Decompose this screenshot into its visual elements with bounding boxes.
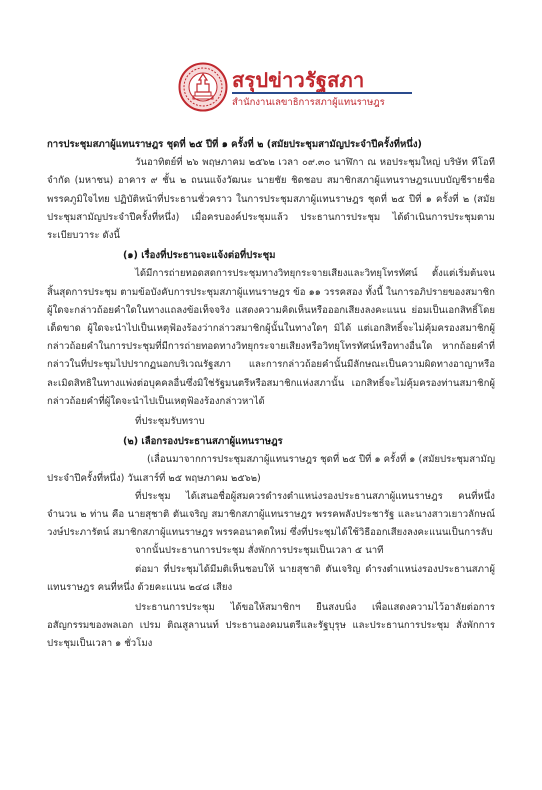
page-header: สรุปข่าวรัฐสภา สำนักงานเลขาธิการสภาผู้แท… xyxy=(178,62,418,112)
section-2-note: (เลื่อนมาจากการประชุมสภาผู้แทนราษฎร ชุดท… xyxy=(47,451,495,487)
intro-paragraph: วันอาทิตย์ที่ ๒๖ พฤษภาคม ๒๕๖๒ เวลา ๐๙.๓๐… xyxy=(47,154,495,245)
section-2-paragraph: จากนั้นประธานการประชุม สั่งพักการประชุมเ… xyxy=(47,542,495,560)
section-2-paragraph: ต่อมา ที่ประชุมได้มีมติเห็นชอบให้ นายสุช… xyxy=(47,561,495,597)
section-1-body: ได้มีการถ่ายทอดสดการประชุมทางวิทยุกระจาย… xyxy=(47,265,495,411)
section-1-resolution: ที่ประชุมรับทราบ xyxy=(47,413,495,431)
section-2-heading: (๒) เลือกรองประธานสภาผู้แทนราษฎร xyxy=(47,433,495,451)
parliament-emblem-icon xyxy=(178,62,228,112)
section-2-paragraph: ประธานการประชุม ได้ขอให้สมาชิกฯ ยืนสงบนิ… xyxy=(47,599,495,654)
document-body: การประชุมสภาผู้แทนราษฎร ชุดที่ ๒๕ ปีที่ … xyxy=(47,136,495,654)
document-title: การประชุมสภาผู้แทนราษฎร ชุดที่ ๒๕ ปีที่ … xyxy=(47,136,495,154)
section-1-heading: (๑) เรื่องที่ประธานจะแจ้งต่อที่ประชุม xyxy=(47,247,495,265)
brand-divider xyxy=(232,92,412,94)
section-2-paragraph: ที่ประชุม ได้เสนอชื่อผู้สมควรดำรงตำแหน่ง… xyxy=(47,488,495,543)
brand-subtitle: สำนักงานเลขาธิการสภาผู้แทนราษฎร xyxy=(232,95,385,110)
